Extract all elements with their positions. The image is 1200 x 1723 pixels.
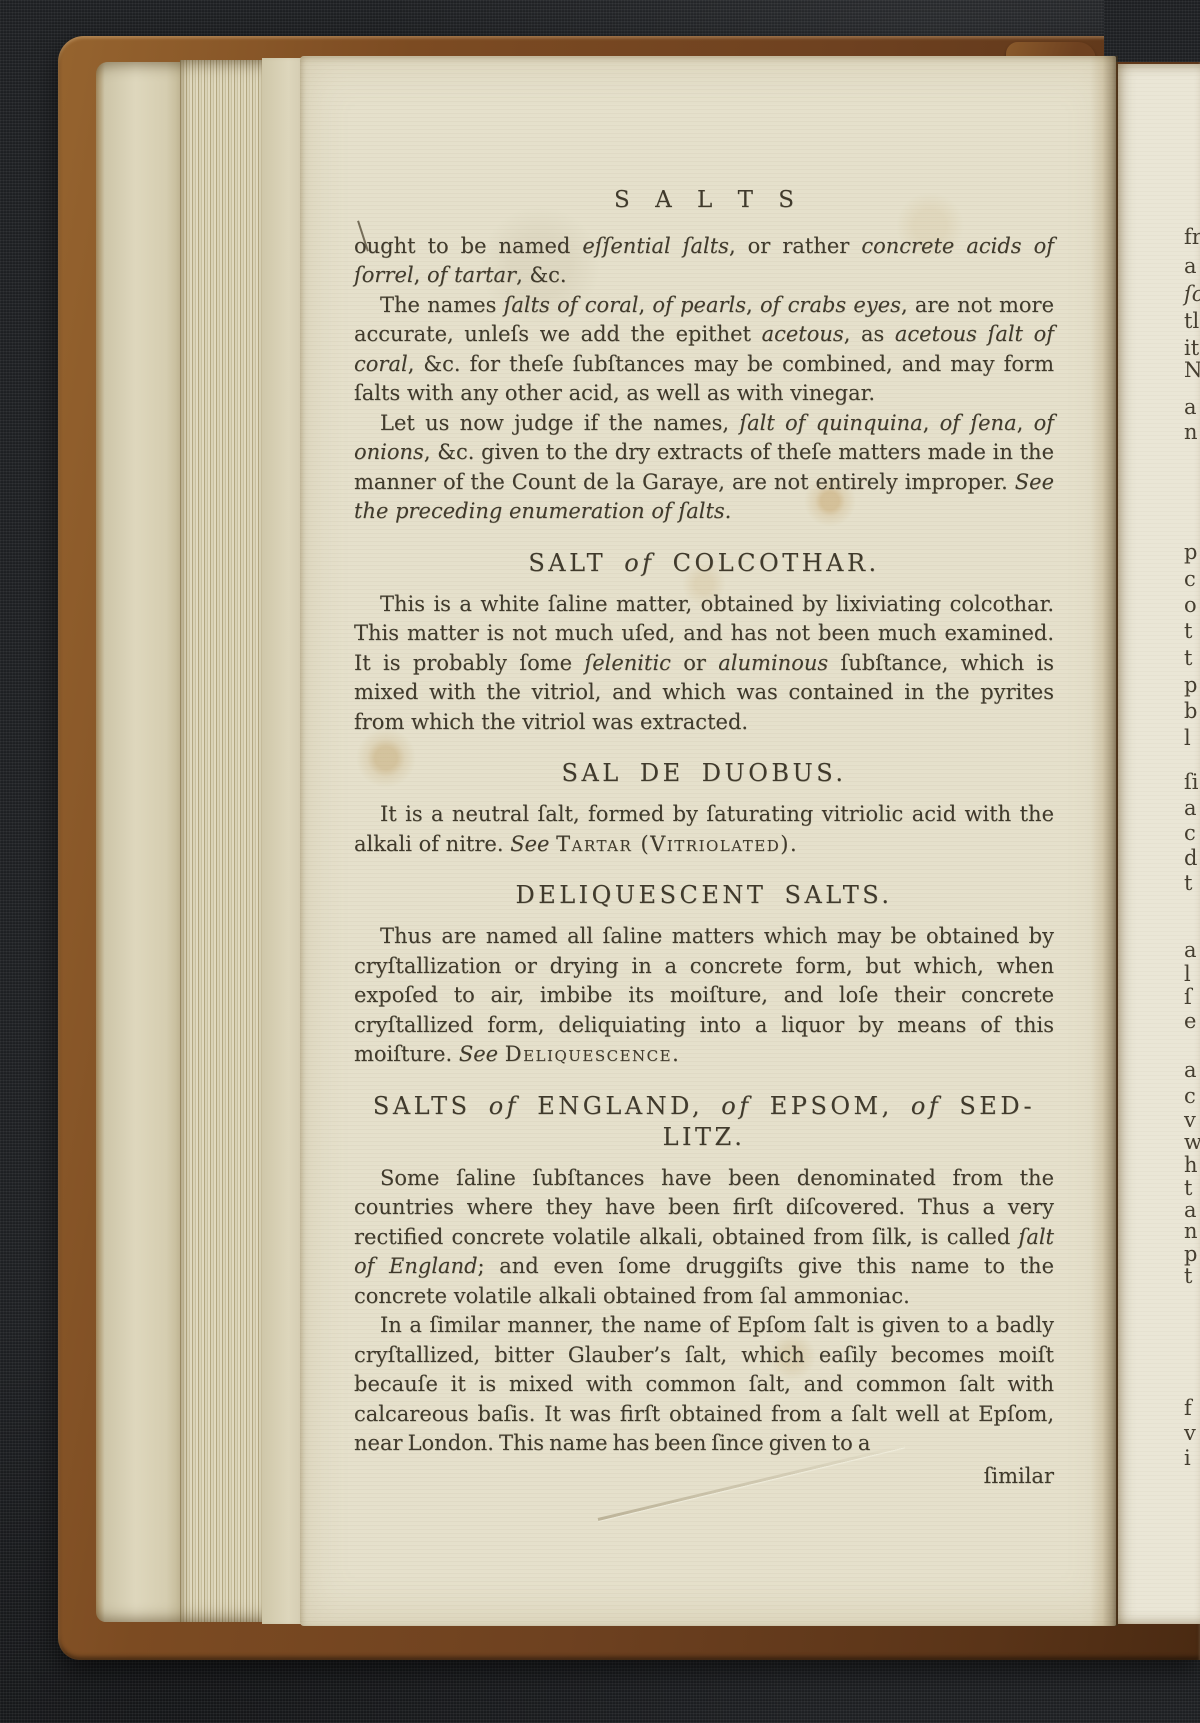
text-segment: , bbox=[1017, 411, 1034, 435]
text-segment: of bbox=[721, 1092, 751, 1120]
text-segment: ENGLAND, bbox=[519, 1092, 721, 1120]
paragraph: This is a white ſaline matter, obtained … bbox=[354, 590, 1054, 738]
running-head: S A L T S bbox=[354, 186, 1054, 216]
text-segment: , bbox=[923, 411, 940, 435]
gutter-shadow bbox=[1090, 56, 1118, 1626]
facing-page-text-fragment: a bbox=[1184, 796, 1197, 820]
text-segment: of crabs eyes bbox=[760, 293, 901, 317]
facing-page-text-fragment: c bbox=[1184, 1084, 1196, 1108]
facing-page-text-fragment: t bbox=[1184, 1264, 1192, 1288]
facing-page-text-fragment: d bbox=[1184, 846, 1197, 870]
facing-page-fragments: fraſotlitNanpcottpblſiacdtalſeacvwhtanpt… bbox=[1118, 64, 1200, 1624]
section-heading: SALT of COLCOTHAR. bbox=[354, 548, 1054, 579]
text-segment: SAL DE DUOBUS. bbox=[562, 759, 847, 787]
facing-page-text-fragment: a bbox=[1184, 938, 1197, 962]
text-segment: aluminous bbox=[718, 651, 828, 675]
facing-page-text-fragment: c bbox=[1184, 567, 1196, 591]
facing-page-text-fragment: p bbox=[1184, 540, 1197, 564]
paragraph: Some ſaline ſubſtances have been denomin… bbox=[354, 1164, 1054, 1312]
text-segment: COLCOTHAR. bbox=[655, 549, 880, 577]
text-segment: ought to be named bbox=[354, 234, 582, 258]
facing-page-text-fragment: t bbox=[1184, 646, 1192, 670]
text-segment: , bbox=[414, 263, 427, 287]
text-segment: , bbox=[746, 293, 760, 317]
section-heading: DELIQUESCENT SALTS. bbox=[354, 880, 1054, 911]
text-column: S A L T S ought to be named eſſential ſa… bbox=[354, 186, 1054, 1491]
text-segment: EPSOM, bbox=[752, 1092, 911, 1120]
text-segment: of pearls bbox=[652, 293, 746, 317]
text-segment: . bbox=[672, 1042, 679, 1066]
facing-page-text-fragment: t bbox=[1184, 1176, 1192, 1200]
facing-page-text-fragment: ſ bbox=[1184, 985, 1192, 1009]
text-segment: Tartar (Vitriolated) bbox=[556, 832, 790, 856]
text-segment: SALTS bbox=[373, 1092, 489, 1120]
facing-page-text-fragment: n bbox=[1184, 1219, 1198, 1243]
facing-page-text-fragment: b bbox=[1184, 699, 1197, 723]
facing-page-text-fragment: o bbox=[1184, 593, 1197, 617]
text-segment: SALT bbox=[528, 549, 624, 577]
paragraph: Thus are named all ſaline matters which … bbox=[354, 922, 1054, 1070]
text-segment: of bbox=[911, 1092, 941, 1120]
text-segment: eſſential ſalts bbox=[582, 234, 729, 258]
page-edges-outer bbox=[96, 62, 184, 1622]
facing-page-sliver: fraſotlitNanpcottpblſiacdtalſeacvwhtanpt… bbox=[1118, 64, 1200, 1624]
text-segment: ſalt of quinquina bbox=[739, 411, 922, 435]
facing-page-text-fragment: h bbox=[1184, 1153, 1198, 1177]
text-flow: ought to be named eſſential ſalts, or ra… bbox=[354, 232, 1054, 1459]
text-segment: , &c. for theſe ſubſtances may be combin… bbox=[354, 352, 1054, 406]
text-segment: , &c. bbox=[516, 263, 566, 287]
paragraph: In a ſimilar manner, the name of Epſom ſ… bbox=[354, 1311, 1054, 1459]
facing-page-text-fragment: l bbox=[1184, 962, 1191, 986]
facing-page-text-fragment: ſi bbox=[1184, 770, 1199, 794]
facing-page-text-fragment: p bbox=[1184, 1242, 1197, 1266]
paragraph: It is a neutral ſalt, formed by ſaturati… bbox=[354, 800, 1054, 859]
paragraph: Let us now judge if the names, ſalt of q… bbox=[354, 409, 1054, 527]
facing-page-text-fragment: v bbox=[1184, 1108, 1196, 1132]
text-segment: acetous bbox=[762, 322, 844, 346]
facing-page-text-fragment: i bbox=[1184, 1446, 1191, 1470]
facing-page-text-fragment: c bbox=[1184, 821, 1196, 845]
text-segment: ſelenitic bbox=[584, 651, 671, 675]
text-segment: , bbox=[638, 293, 652, 317]
facing-page-text-fragment: f bbox=[1184, 1396, 1192, 1420]
facing-page-text-fragment: l bbox=[1184, 726, 1191, 750]
text-segment: Let us now judge if the names, bbox=[380, 411, 739, 435]
text-segment: Some ſaline ſubſtances have been denomin… bbox=[354, 1166, 1054, 1249]
catchword: ſimilar bbox=[354, 1462, 1054, 1492]
page-edges-stack bbox=[180, 60, 266, 1622]
facing-page-text-fragment: p bbox=[1184, 673, 1197, 697]
paragraph: ought to be named eſſential ſalts, or ra… bbox=[354, 232, 1054, 291]
background-fabric-patch bbox=[1104, 0, 1200, 62]
paragraph: The names ſalts of coral, of pearls, of … bbox=[354, 291, 1054, 409]
facing-page-text-fragment: a bbox=[1184, 1058, 1197, 1082]
facing-page-text-fragment: e bbox=[1184, 1009, 1196, 1033]
text-segment: ſalts of coral bbox=[504, 293, 639, 317]
facing-page-text-fragment: N bbox=[1184, 358, 1200, 382]
facing-page-text-fragment: a bbox=[1184, 254, 1197, 278]
text-segment: of bbox=[624, 549, 654, 577]
text-segment: . bbox=[790, 832, 797, 856]
section-heading: SALTS of ENGLAND, of EPSOM, of SED-LITZ. bbox=[354, 1091, 1054, 1153]
text-segment: , as bbox=[844, 322, 895, 346]
text-segment: , or rather bbox=[729, 234, 861, 258]
facing-page-text-fragment: fr bbox=[1184, 225, 1200, 249]
text-segment: LITZ. bbox=[663, 1123, 746, 1151]
facing-page-text-fragment: v bbox=[1184, 1421, 1196, 1445]
book-photo: fraſotlitNanpcottpblſiacdtalſeacvwhtanpt… bbox=[0, 0, 1200, 1723]
text-segment: The names bbox=[380, 293, 504, 317]
text-segment: or bbox=[671, 651, 718, 675]
text-segment: See bbox=[510, 832, 549, 856]
facing-page-text-fragment: n bbox=[1184, 420, 1198, 444]
facing-page-text-fragment: it bbox=[1184, 336, 1199, 360]
text-segment: of ſena bbox=[940, 411, 1017, 435]
facing-page-text-fragment: a bbox=[1184, 395, 1197, 419]
text-segment: SED- bbox=[941, 1092, 1035, 1120]
facing-page-text-fragment: t bbox=[1184, 871, 1192, 895]
text-segment bbox=[498, 1042, 505, 1066]
text-segment: DELIQUESCENT SALTS. bbox=[515, 881, 892, 909]
text-segment: Deliquescence bbox=[505, 1042, 672, 1066]
text-segment: , &c. given to the dry extracts of theſe… bbox=[354, 440, 1054, 494]
text-segment: See bbox=[459, 1042, 498, 1066]
text-segment: In a ſimilar manner, the name of Epſom ſ… bbox=[354, 1313, 1054, 1455]
text-segment: of tartar bbox=[427, 263, 516, 287]
facing-page-text-fragment: ſo bbox=[1184, 282, 1200, 306]
text-segment: of bbox=[489, 1092, 519, 1120]
facing-page-text-fragment: w bbox=[1184, 1130, 1200, 1154]
facing-page-text-fragment: t bbox=[1184, 619, 1192, 643]
section-heading: SAL DE DUOBUS. bbox=[354, 758, 1054, 789]
facing-page-text-fragment: tl bbox=[1184, 309, 1199, 333]
